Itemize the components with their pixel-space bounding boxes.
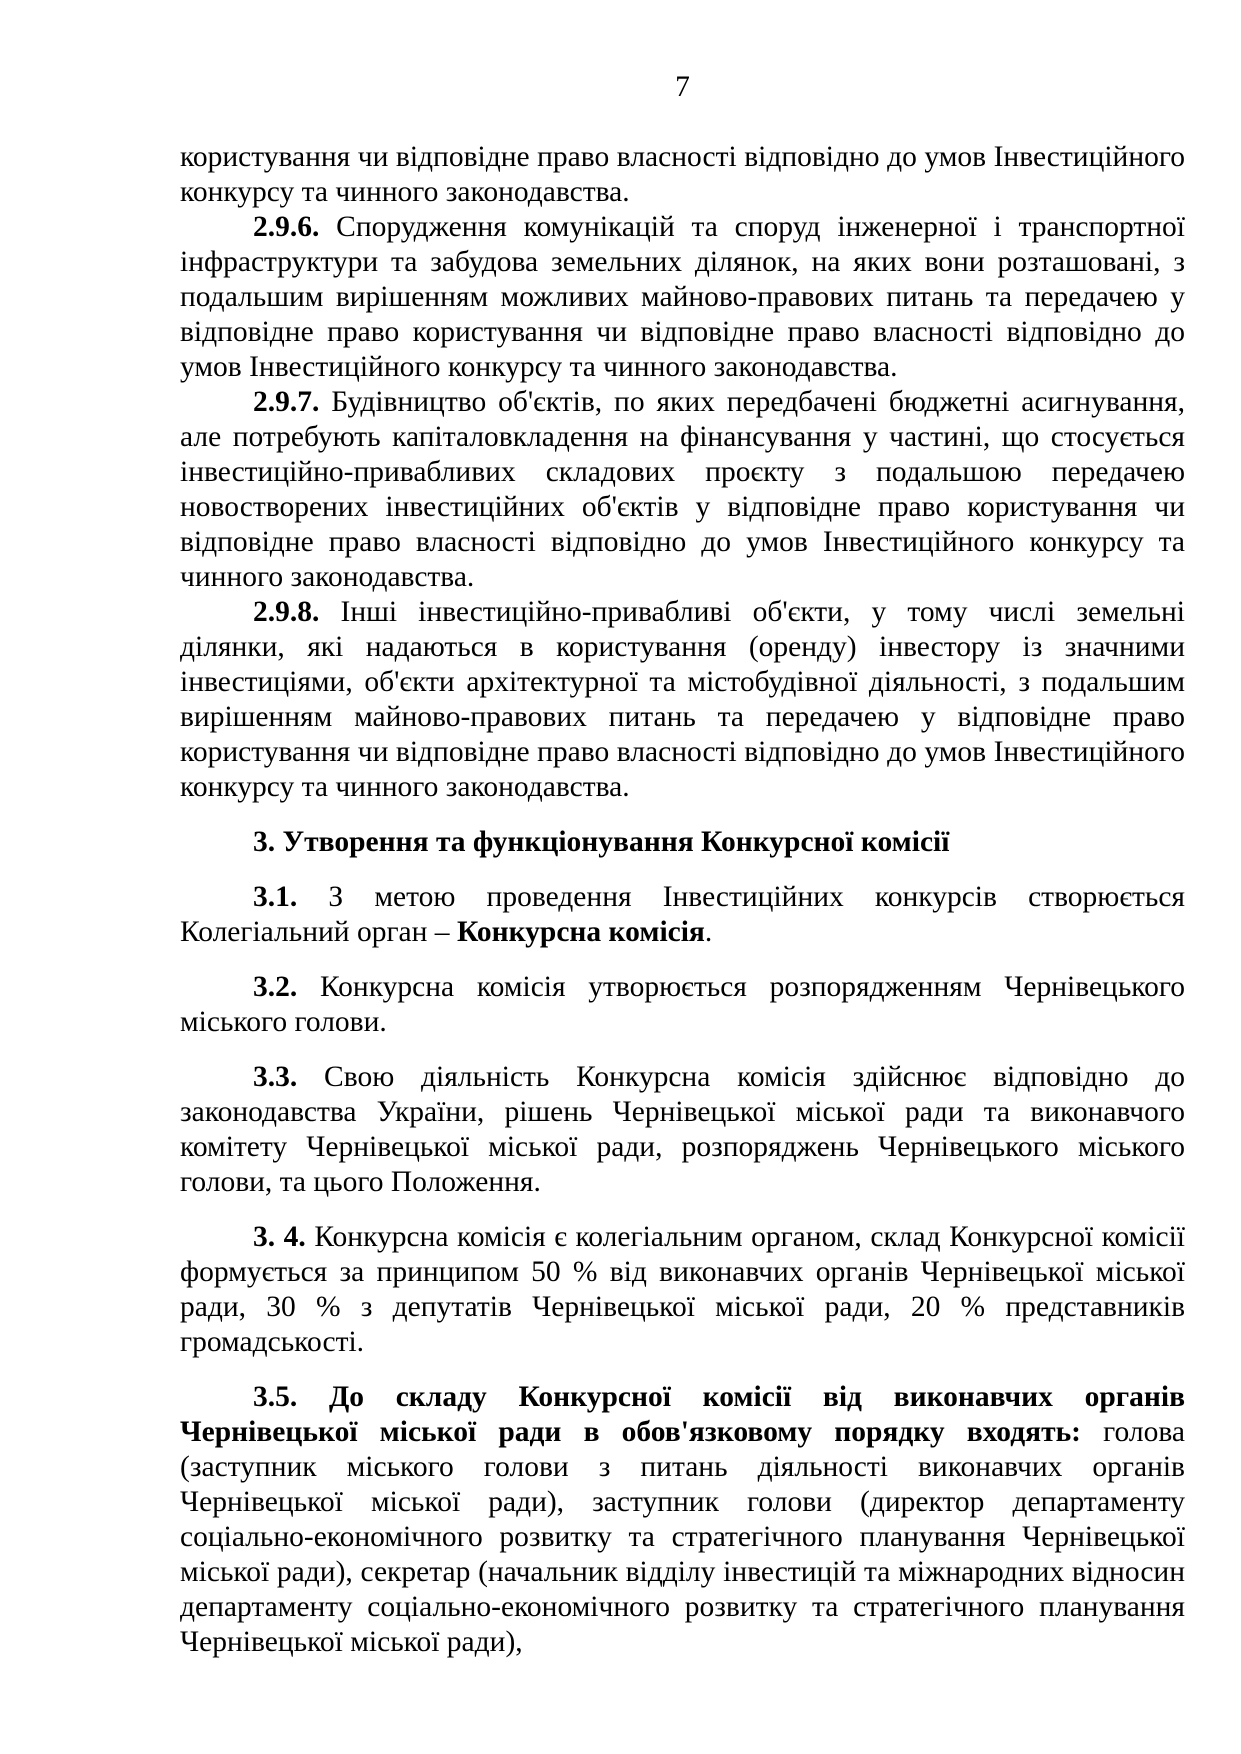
page-number: 7 xyxy=(180,70,1185,105)
paragraph-3-5: 3.5. До складу Конкурсної комісії від ви… xyxy=(180,1380,1185,1660)
paragraph-text: Конкурсна комісія є колегіальним органом… xyxy=(180,1221,1185,1358)
document-page: 7 користування чи відповідне право власн… xyxy=(0,0,1241,1754)
paragraph-3-1: 3.1. З метою проведення Інвестиційних ко… xyxy=(180,880,1185,950)
clause-number: 2.9.7. xyxy=(253,386,319,418)
section-heading-text: 3. Утворення та функціонування Конкурсно… xyxy=(253,826,949,858)
paragraph-text: користування чи відповідне право власнос… xyxy=(180,141,1185,208)
clause-number: 2.9.6. xyxy=(253,211,319,243)
paragraph-text: Свою діяльність Конкурсна комісія здійсн… xyxy=(180,1061,1185,1198)
paragraph-3-4: 3. 4. Конкурсна комісія є колегіальним о… xyxy=(180,1220,1185,1360)
clause-number: 2.9.8. xyxy=(253,596,319,628)
paragraph-text: Будівництво об'єктів, по яких передбачен… xyxy=(180,386,1185,593)
section-heading-3: 3. Утворення та функціонування Конкурсно… xyxy=(180,825,1185,860)
paragraph-3-3: 3.3. Свою діяльність Конкурсна комісія з… xyxy=(180,1060,1185,1200)
paragraph-continuation: користування чи відповідне право власнос… xyxy=(180,140,1185,210)
document-body: користування чи відповідне право власнос… xyxy=(180,140,1185,1660)
paragraph-text: голова (заступник міського голови з пита… xyxy=(180,1416,1185,1658)
paragraph-text: Спорудження комунікацій та споруд інжене… xyxy=(180,211,1185,383)
paragraph-2-9-8: 2.9.8. Інші інвестиційно-привабливі об'є… xyxy=(180,595,1185,805)
clause-number: 3. 4. xyxy=(253,1221,306,1253)
paragraph-3-2: 3.2. Конкурсна комісія утворюється розпо… xyxy=(180,970,1185,1040)
clause-number: 3.1. xyxy=(253,881,297,913)
bold-term: Конкурсна комісія xyxy=(457,916,705,948)
paragraph-2-9-6: 2.9.6. Спорудження комунікацій та споруд… xyxy=(180,210,1185,385)
clause-number: 3.2. xyxy=(253,971,297,1003)
paragraph-text: Конкурсна комісія утворюється розпорядже… xyxy=(180,971,1185,1038)
clause-number: 3.3. xyxy=(253,1061,297,1093)
clause-lead-bold: 3.5. До складу Конкурсної комісії від ви… xyxy=(180,1381,1185,1448)
paragraph-text: Інші інвестиційно-привабливі об'єкти, у … xyxy=(180,596,1185,803)
paragraph-text: . xyxy=(705,916,712,948)
paragraph-2-9-7: 2.9.7. Будівництво об'єктів, по яких пер… xyxy=(180,385,1185,595)
